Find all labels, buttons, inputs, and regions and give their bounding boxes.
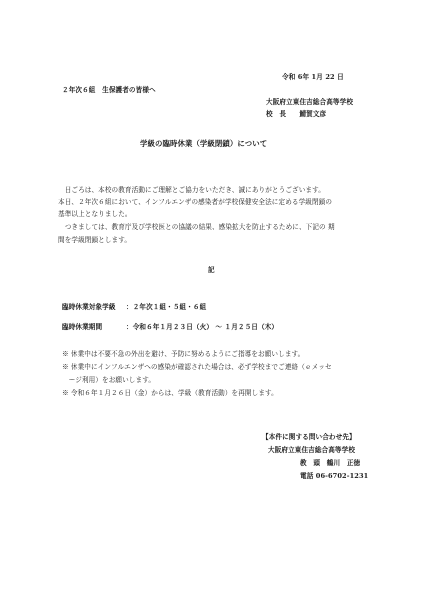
contact-heading: 【本件に関する問い合わせ先】: [262, 433, 356, 441]
note-line: ※ 休業中は不要不急の外出を避け、予防に努めるようにご指導をお願いします。: [62, 350, 304, 358]
contact-school: 大阪府立東住吉総合高等学校: [268, 446, 355, 454]
contact-person: 教 頭 鶴川 正徳: [300, 459, 360, 467]
period-value: ：令和６年１月２３日（火） 〜 １月２５日（木）: [126, 323, 278, 331]
body-line: 日ごろは、本校の教育活動にご理解とご協力をいただき、誠にありがとうございます。: [58, 186, 325, 194]
note-line: ※ 休業中にインフルエンザへの感染が確認された場合は、必ず学校までご連絡（ｅメッ…: [62, 363, 332, 371]
body-line: つきましては、教育庁及び学校医との協議の結果、感染拡大を防止するために、下記の …: [58, 223, 335, 231]
document-title: 学級の臨時休業（学級閉鎖）について: [140, 140, 267, 148]
contact-phone: 電話 06-6702-1231: [300, 472, 368, 480]
target-label: 臨時休業対象学級: [62, 303, 116, 311]
note-line: ※ 令和６年１月２６日（金）からは、学級（教育活動）を再開します。: [62, 389, 278, 397]
body-line: 間を学級閉鎖とします。: [58, 236, 131, 244]
note-line: ージ利用）をお願いします。: [62, 376, 155, 384]
body-line: 基準以上となりました。: [58, 210, 132, 218]
period-label: 臨時休業期間: [62, 323, 102, 331]
target-value: ：２年次１組・５組・６組: [126, 303, 206, 311]
body-line: 本日、２年次６組において、インフルエンザの感染者が学校保健安全法に定める学級閉鎖…: [58, 198, 332, 206]
issue-date: 令和 6年 1月 22 日: [282, 73, 344, 81]
ki-heading: 記: [208, 266, 215, 274]
sender-school: 大阪府立東住吉総合高等学校: [266, 98, 353, 106]
recipient: ２年次６組 生保護者の皆様へ: [62, 86, 156, 94]
sender-principal: 校 長 鯖賀文彦: [266, 110, 326, 118]
